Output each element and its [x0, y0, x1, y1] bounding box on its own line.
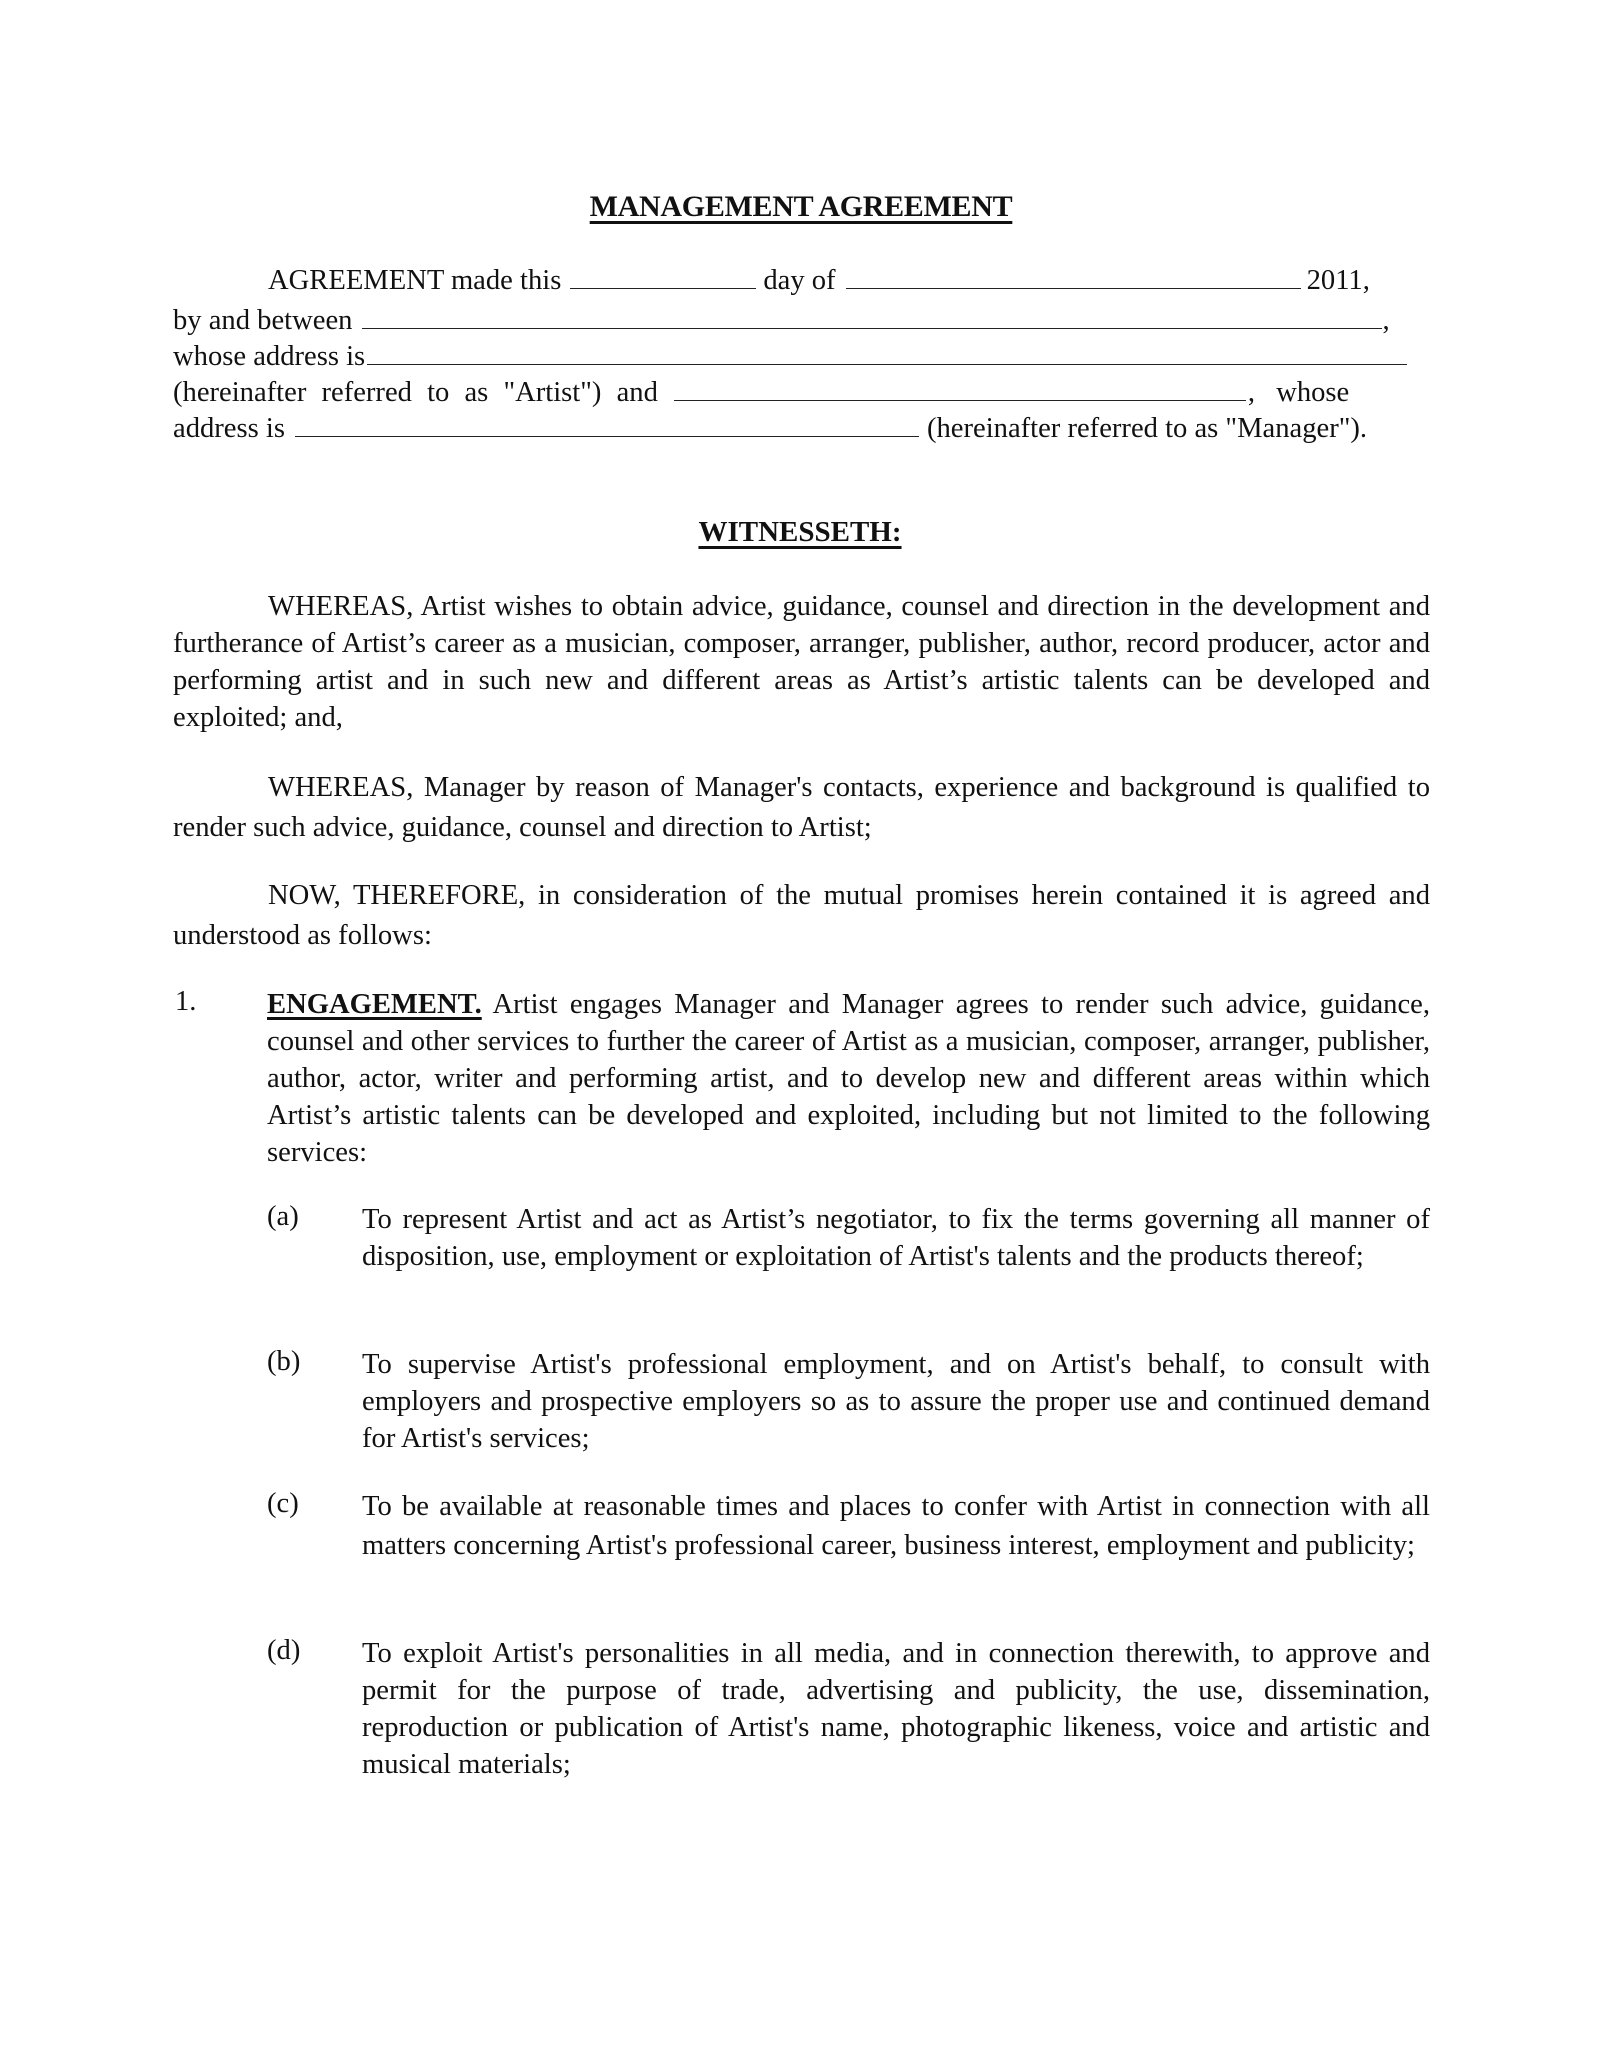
preamble-line-5: address is (hereinafter referred to as "…: [173, 412, 1430, 449]
preamble-whose: , whose: [1248, 377, 1349, 409]
preamble-line-1: AGREEMENT made this day of 2011,: [173, 264, 1430, 301]
item-label: (a): [267, 1201, 299, 1233]
preamble-hereinafter-artist: (hereinafter referred to as "Artist") an…: [173, 377, 658, 409]
document-page: MANAGEMENT AGREEMENT AGREEMENT made this…: [0, 0, 1600, 2070]
preamble-line-3: whose address is: [173, 340, 1430, 377]
recital-paragraph: NOW, THEREFORE, in consideration of the …: [173, 876, 1430, 956]
manager-name-blank-field[interactable]: [674, 376, 1246, 401]
preamble-by-and-between: by and between: [173, 305, 352, 337]
document-title: MANAGEMENT AGREEMENT: [575, 190, 1027, 224]
preamble-year: 2011,: [1307, 265, 1370, 297]
artist-address-blank-field[interactable]: [367, 340, 1407, 365]
item-label: (d): [267, 1635, 300, 1667]
manager-address-blank-field[interactable]: [295, 412, 919, 437]
artist-name-blank-field[interactable]: [362, 304, 1382, 329]
preamble-hereinafter-manager: (hereinafter referred to as "Manager").: [927, 413, 1367, 445]
clause-heading: ENGAGEMENT.: [267, 989, 482, 1020]
engagement-item: To exploit Artist's personalities in all…: [362, 1635, 1430, 1783]
preamble-agreement-made: AGREEMENT made this: [268, 265, 561, 297]
preamble-day-of: day of: [763, 265, 835, 297]
witnesseth-heading: WITNESSETH:: [690, 516, 910, 549]
month-blank-field[interactable]: [846, 264, 1301, 289]
preamble-line-2: by and between ,: [173, 304, 1430, 341]
item-label: (c): [267, 1488, 299, 1520]
day-blank-field[interactable]: [570, 264, 756, 289]
engagement-item: To represent Artist and act as Artist’s …: [362, 1201, 1430, 1275]
recital-paragraph: WHEREAS, Artist wishes to obtain advice,…: [173, 588, 1430, 736]
item-label: (b): [267, 1346, 300, 1378]
recital-paragraph: WHEREAS, Manager by reason of Manager's …: [173, 768, 1430, 848]
clause-number: 1.: [175, 986, 196, 1018]
preamble-comma: ,: [1382, 305, 1389, 337]
preamble-whose-address: whose address is: [173, 341, 365, 373]
preamble-line-4: (hereinafter referred to as "Artist") an…: [173, 376, 1430, 413]
engagement-item: To be available at reasonable times and …: [362, 1488, 1430, 1565]
clause-engagement: ENGAGEMENT. Artist engages Manager and M…: [267, 986, 1430, 1171]
engagement-item: To supervise Artist's professional emplo…: [362, 1346, 1430, 1457]
preamble-address-is: address is: [173, 413, 285, 445]
